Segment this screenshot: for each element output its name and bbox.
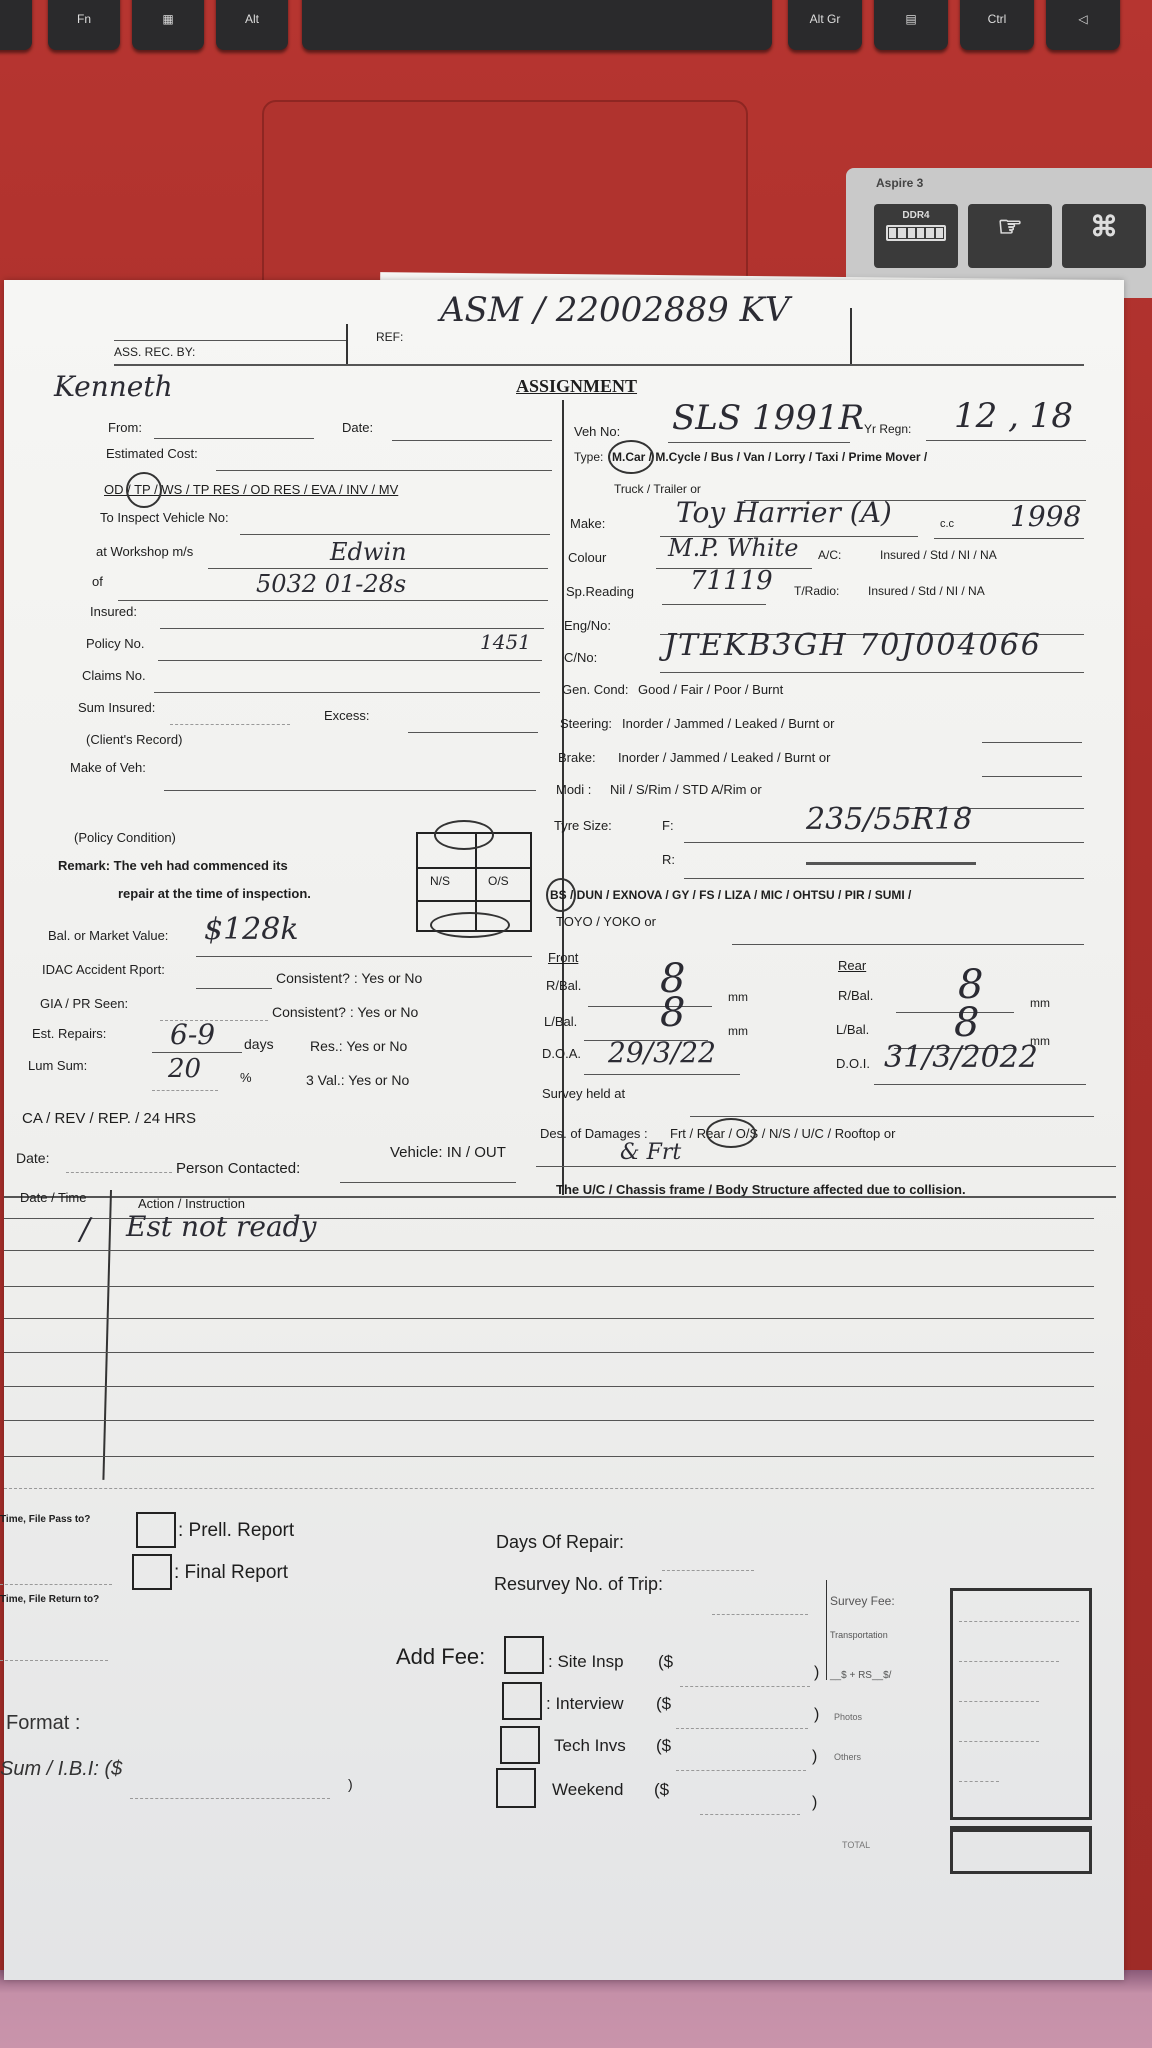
cc-value: 1998 <box>1010 500 1081 533</box>
days-of-repair-field[interactable] <box>662 1570 754 1571</box>
key-partial <box>0 0 32 50</box>
make-label: Make: <box>570 516 605 531</box>
file-return-label: Time, File Return to? <box>0 1594 99 1605</box>
sum-ibi-field[interactable] <box>130 1798 330 1799</box>
rear-heading: Rear <box>838 958 866 973</box>
sp-reading-field[interactable] <box>662 604 766 605</box>
doa-label: D.O.A. <box>542 1046 581 1061</box>
of-field[interactable] <box>118 600 548 601</box>
resurvey-field[interactable] <box>712 1614 808 1615</box>
est-repairs-field[interactable] <box>152 1052 242 1053</box>
log-row-date: / <box>80 1212 90 1247</box>
workshop-field[interactable] <box>208 568 548 569</box>
survey-fee-label: Survey Fee: <box>830 1594 895 1608</box>
wifi-icon: ⌘ <box>1062 204 1146 268</box>
mm-label: mm <box>1030 996 1050 1010</box>
tyre-brand-options-2[interactable]: TOYO / YOKO or <box>556 914 656 929</box>
tradio-label: T/Radio: <box>794 584 839 598</box>
arrow-left-key-icon: ◁ <box>1046 0 1120 50</box>
tech-invs-currency: ($ <box>656 1736 671 1756</box>
ref-label: REF: <box>376 330 403 344</box>
market-value-field[interactable] <box>196 956 532 957</box>
veh-no-label: Veh No: <box>574 424 620 439</box>
remark-line2: repair at the time of inspection. <box>118 886 311 901</box>
truck-trailer-options[interactable]: Truck / Trailer or <box>614 482 701 496</box>
colour-value: M.P. White <box>668 534 798 562</box>
total-label: TOTAL <box>842 1840 870 1850</box>
sum-insured-label: Sum Insured: <box>78 700 155 715</box>
sp-reading-value: 71119 <box>690 566 773 596</box>
tyre-brand-selected-circle <box>546 878 576 912</box>
log-row[interactable] <box>4 1456 1094 1457</box>
prelim-report-label: : Prell. Report <box>178 1520 294 1542</box>
idac-field[interactable] <box>196 988 272 989</box>
others-label: Others <box>834 1752 861 1762</box>
add-fee-label: Add Fee: <box>396 1644 485 1670</box>
cc-field[interactable] <box>934 538 1084 539</box>
front-rbal-label: R/Bal. <box>546 978 581 993</box>
touch-gesture-icon: ☞ <box>968 204 1052 268</box>
c-no-label: C/No: <box>564 650 597 665</box>
site-insp-currency: ($ <box>658 1652 673 1672</box>
modi-label: Modi : <box>556 782 591 797</box>
survey-fee-box[interactable] <box>950 1588 1092 1820</box>
percent-label: % <box>240 1070 252 1085</box>
insured-field[interactable] <box>160 628 544 629</box>
log-row[interactable] <box>4 1352 1094 1353</box>
modi-options[interactable]: Nil / S/Rim / STD A/Rim or <box>610 782 762 797</box>
tech-invs-checkbox[interactable] <box>500 1726 540 1764</box>
cc-label: c.c <box>940 518 954 530</box>
estimated-cost-field[interactable] <box>216 470 552 471</box>
front-rbal-field[interactable] <box>588 1006 712 1007</box>
log-row[interactable] <box>4 1420 1094 1421</box>
market-value-label: Bal. or Market Value: <box>48 928 168 943</box>
tradio-options[interactable]: Insured / Std / NI / NA <box>868 584 985 598</box>
key-fn: Fn <box>48 0 120 50</box>
of-value: 5032 01-28s <box>256 570 406 598</box>
days-of-repair-label: Days Of Repair: <box>496 1532 624 1553</box>
tech-invs-label: Tech Invs <box>554 1736 626 1756</box>
res-options[interactable]: Res.: Yes or No <box>310 1038 407 1054</box>
sum-ibi-label: Sum / I.B.I: ($ <box>0 1758 122 1781</box>
policy-condition-label: (Policy Condition) <box>74 830 176 845</box>
damages-other-field[interactable] <box>536 1166 1116 1167</box>
to-inspect-field[interactable] <box>240 534 550 535</box>
log-row[interactable] <box>4 1386 1094 1387</box>
ca-rev-rep-options[interactable]: CA / REV / REP. / 24 HRS <box>22 1110 196 1127</box>
file-pass-label: Time, File Pass to? <box>0 1514 90 1525</box>
damages-selected-circle <box>706 1118 756 1148</box>
ddr4-icon: DDR4 <box>874 204 958 268</box>
site-insp-checkbox[interactable] <box>504 1636 544 1674</box>
column-divider <box>562 400 564 1195</box>
ac-options[interactable]: Insured / Std / NI / NA <box>880 548 997 562</box>
damages-options[interactable]: Frt / Rear / O/S / N/S / U/C / Rooftop o… <box>670 1126 895 1141</box>
tyre-rear-label: R: <box>662 852 675 867</box>
damages-label: Des. of Damages : <box>540 1126 648 1141</box>
lum-sum-field[interactable] <box>152 1090 218 1091</box>
market-value-value: $128k <box>204 912 299 947</box>
tyre-rear-dash <box>806 862 976 865</box>
gen-cond-options[interactable]: Good / Fair / Poor / Burnt <box>638 682 783 697</box>
idac-consistent-options[interactable]: Consistent? : Yes or No <box>276 970 422 986</box>
pink-cloth <box>0 1970 1152 2048</box>
steering-options[interactable]: Inorder / Jammed / Leaked / Burnt or <box>622 716 834 731</box>
keyboard-row: Fn ▦ Alt Alt Gr ▤ Ctrl ◁ <box>0 0 1152 62</box>
claims-label: Claims No. <box>82 668 146 683</box>
clients-record-label: (Client's Record) <box>86 732 182 747</box>
person-contacted-field[interactable] <box>340 1182 516 1183</box>
doi-label: D.O.I. <box>836 1056 870 1071</box>
steering-label: Steering: <box>560 716 612 731</box>
key-altgr: Alt Gr <box>788 0 862 50</box>
make-of-veh-label: Make of Veh: <box>70 760 146 775</box>
doa-field[interactable] <box>584 1074 740 1075</box>
policy-value: 1451 <box>480 630 531 654</box>
menu-key-icon: ▤ <box>874 0 948 50</box>
brake-other-field[interactable] <box>982 776 1082 777</box>
front-heading: Front <box>548 950 578 965</box>
interview-label: : Interview <box>546 1694 623 1714</box>
diagram-circle-bottom <box>430 912 510 938</box>
idac-label: IDAC Accident Rport: <box>42 962 165 977</box>
workshop-label: at Workshop m/s <box>96 544 193 559</box>
windows-key-icon: ▦ <box>132 0 204 50</box>
tyre-brand-other-field[interactable] <box>732 944 1084 945</box>
type-label: Type: <box>574 450 603 464</box>
final-report-label: : Final Report <box>174 1562 288 1584</box>
site-insp-field[interactable] <box>680 1686 810 1687</box>
interview-checkbox[interactable] <box>502 1682 542 1720</box>
remark-label: Remark: The veh had commenced its <box>58 858 288 873</box>
gia-label: GIA / PR Seen: <box>40 996 128 1011</box>
veh-no-field[interactable] <box>668 442 850 443</box>
of-label: of <box>92 574 103 589</box>
front-lbal-label: L/Bal. <box>544 1014 577 1029</box>
key-alt: Alt <box>216 0 288 50</box>
mm-label: mm <box>728 1024 748 1038</box>
tyre-front-label: F: <box>662 818 674 833</box>
damages-extra-value: & Frt <box>620 1140 681 1165</box>
key-ctrl: Ctrl <box>960 0 1034 50</box>
days-label: days <box>244 1036 274 1052</box>
uc-chassis-options[interactable]: The U/C / Chassis frame / Body Structure… <box>556 1182 966 1197</box>
steering-other-field[interactable] <box>982 742 1082 743</box>
sum-insured-field[interactable] <box>170 724 290 725</box>
tyre-front-field[interactable] <box>684 842 1084 843</box>
policy-label: Policy No. <box>86 636 145 651</box>
claim-type-selected-circle <box>126 472 162 508</box>
weekend-currency: ($ <box>654 1780 669 1800</box>
photos-label: Photos <box>834 1712 862 1722</box>
insured-label: Insured: <box>90 604 137 619</box>
colour-label: Colour <box>568 550 606 565</box>
brake-label: Brake: <box>558 750 596 765</box>
vehicle-type-options[interactable]: M.Car / M.Cycle / Bus / Van / Lorry / Ta… <box>612 450 927 464</box>
near-side-label: N/S <box>430 874 450 888</box>
log-row[interactable] <box>4 1250 1094 1251</box>
sp-reading-label: Sp.Reading <box>566 584 634 599</box>
laptop-model: Aspire 3 <box>876 176 923 190</box>
estimated-cost-label: Estimated Cost: <box>106 446 198 461</box>
c-no-field[interactable] <box>660 672 1084 673</box>
final-report-checkbox[interactable] <box>132 1554 172 1590</box>
est-repairs-value: 6-9 <box>170 1018 215 1051</box>
transport-rate: __$ + RS__$/ <box>830 1670 891 1681</box>
excess-label: Excess: <box>324 708 370 723</box>
file-return-field[interactable] <box>0 1660 108 1661</box>
diagram-circle-top <box>434 820 494 850</box>
log-row[interactable] <box>4 1488 1094 1489</box>
survey-held-label: Survey held at <box>542 1086 625 1101</box>
yr-regn-field[interactable] <box>926 440 1086 441</box>
from-label: From: <box>108 420 142 435</box>
gia-consistent-options[interactable]: Consistent? : Yes or No <box>272 1004 418 1020</box>
ass-rec-by-label: ASS. REC. BY: <box>114 345 195 359</box>
lum-sum-value: 20 <box>168 1054 201 1084</box>
date-label: Date: <box>342 420 373 435</box>
transportation-label: Transportation <box>830 1630 888 1640</box>
ref-value: ASM / 22002889 KV <box>440 290 790 330</box>
workshop-value: Edwin <box>330 538 407 566</box>
tyre-size-label: Tyre Size: <box>554 818 612 833</box>
doi-value: 31/3/2022 <box>884 1040 1038 1075</box>
tyre-rear-field[interactable] <box>684 878 1084 879</box>
total-fee-box[interactable] <box>950 1826 1092 1874</box>
veh-no-value: SLS 1991R <box>672 398 864 438</box>
date-field[interactable] <box>392 440 552 441</box>
val3-options[interactable]: 3 Val.: Yes or No <box>306 1072 409 1088</box>
key-spacebar <box>302 0 772 50</box>
ass-rec-by-value: Kenneth <box>54 370 173 403</box>
gen-cond-label: Gen. Cond: <box>562 682 629 697</box>
format-label: Format : <box>6 1712 80 1735</box>
tyre-front-value: 235/55R18 <box>806 802 972 837</box>
mm-label: mm <box>728 990 748 1004</box>
log-row-action: Est not ready <box>126 1210 316 1243</box>
weekend-checkbox[interactable] <box>496 1768 536 1808</box>
brake-options[interactable]: Inorder / Jammed / Leaked / Burnt or <box>618 750 830 765</box>
date2-field[interactable] <box>66 1172 172 1173</box>
log-col-date: Date / Time <box>20 1190 86 1205</box>
claims-field[interactable] <box>154 692 540 693</box>
tyre-brand-options[interactable]: BS / DUN / EXNOVA / GY / FS / LIZA / MIC… <box>550 888 911 902</box>
weekend-label: Weekend <box>552 1780 624 1800</box>
yr-regn-label: Yr Regn: <box>864 422 911 436</box>
off-side-label: O/S <box>488 874 509 888</box>
prelim-report-checkbox[interactable] <box>136 1512 176 1548</box>
ac-label: A/C: <box>818 548 841 562</box>
excess-field[interactable] <box>408 732 538 733</box>
site-insp-label: : Site Insp <box>548 1652 624 1672</box>
lum-sum-label: Lum Sum: <box>28 1058 87 1073</box>
log-row[interactable] <box>4 1318 1094 1319</box>
rear-lbal-label: L/Bal. <box>836 1022 869 1037</box>
date2-label: Date: <box>16 1150 49 1166</box>
c-no-value: JTEKB3GH 70J004066 <box>664 628 1042 663</box>
resurvey-label: Resurvey No. of Trip: <box>494 1574 663 1595</box>
survey-held-field[interactable] <box>690 1116 1094 1117</box>
interview-field[interactable] <box>676 1728 808 1729</box>
log-col-action: Action / Instruction <box>138 1196 245 1211</box>
front-lbal-value: 8 <box>660 990 685 1036</box>
to-inspect-label: To Inspect Vehicle No: <box>100 510 229 525</box>
interview-currency: ($ <box>656 1694 671 1714</box>
yr-regn-value: 12 , 18 <box>954 396 1073 436</box>
file-pass-field[interactable] <box>0 1584 112 1585</box>
from-field[interactable] <box>154 438 314 439</box>
policy-field[interactable] <box>158 660 542 661</box>
doi-field[interactable] <box>874 1084 1086 1085</box>
vehicle-in-out-options[interactable]: Vehicle: IN / OUT <box>390 1144 506 1161</box>
doa-value: 29/3/22 <box>608 1036 716 1069</box>
form-title: ASSIGNMENT <box>516 376 637 397</box>
est-repairs-label: Est. Repairs: <box>32 1026 106 1041</box>
rear-rbal-label: R/Bal. <box>838 988 873 1003</box>
make-of-veh-field[interactable] <box>164 790 536 791</box>
type-selected-circle <box>608 440 654 474</box>
person-contacted-label: Person Contacted: <box>176 1160 300 1177</box>
make-value: Toy Harrier (A) <box>676 496 892 529</box>
tech-invs-field[interactable] <box>676 1770 806 1771</box>
weekend-field[interactable] <box>700 1814 800 1815</box>
eng-no-label: Eng/No: <box>564 618 611 633</box>
log-row[interactable] <box>4 1286 1094 1287</box>
